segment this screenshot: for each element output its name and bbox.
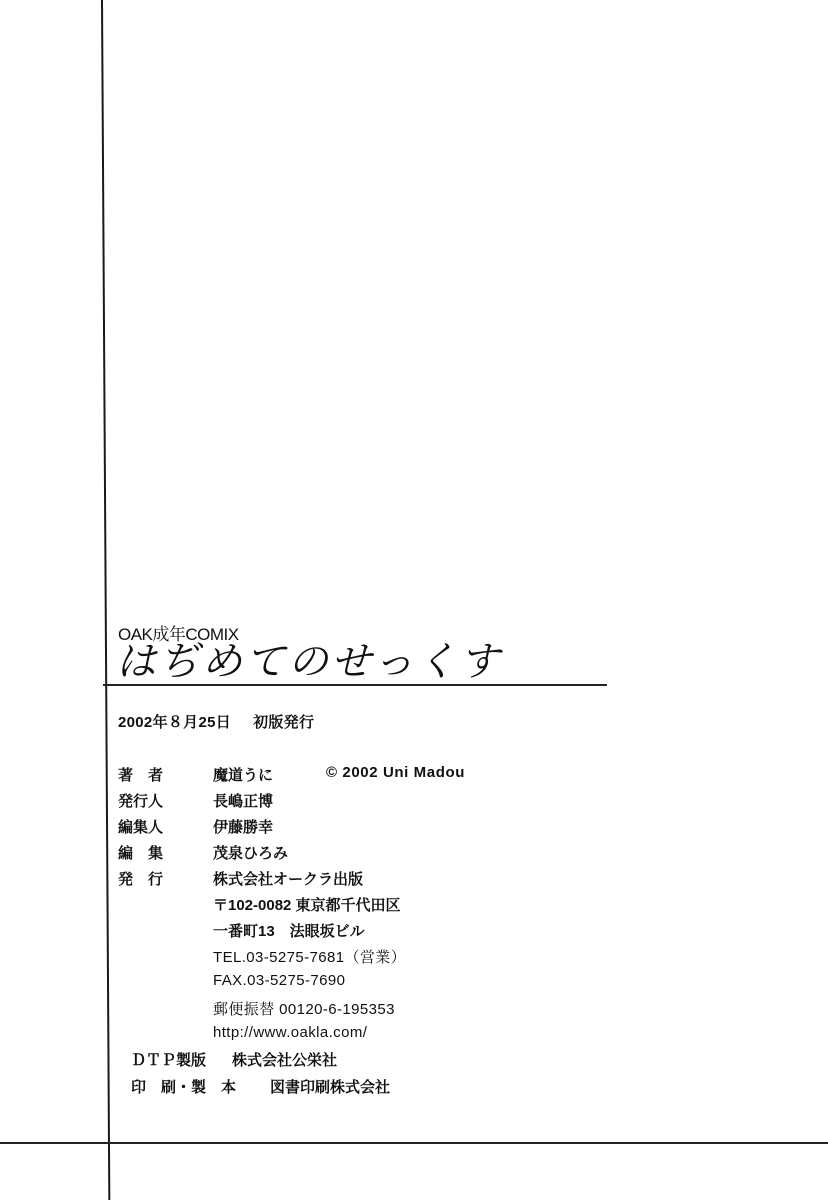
postal-transfer-account: 郵便振替 00120-6-195353 — [213, 998, 395, 1019]
credit-value: 魔道うに — [213, 764, 273, 785]
address-line: 〒102-0082 東京都千代田区 — [213, 894, 401, 915]
credit-label: 発行人 — [118, 790, 163, 811]
fax-number: FAX.03-5275-7690 — [213, 972, 345, 989]
credit-label: 編 集 — [118, 842, 163, 863]
dtp-value: 株式会社公栄社 — [232, 1049, 337, 1070]
edition-label: 初版発行 — [253, 714, 314, 731]
credit-value: 伊藤勝幸 — [213, 816, 273, 837]
credit-value: 茂泉ひろみ — [213, 842, 288, 863]
dtp-credit-row: ＤＴＰ製版 株式会社公栄社 — [131, 1049, 206, 1070]
credit-label: 発 行 — [118, 868, 163, 889]
printing-credit-row: 印 刷・製 本 図書印刷株式会社 — [131, 1076, 236, 1097]
credit-value: 株式会社オークラ出版 — [213, 868, 363, 889]
credit-value: 長嶋正博 — [213, 790, 273, 811]
website-link[interactable]: http://www.oakla.com/ — [213, 1024, 367, 1041]
printing-label: 印 刷・製 本 — [131, 1079, 236, 1096]
vertical-border-line — [101, 0, 110, 1200]
printing-value: 図書印刷株式会社 — [270, 1076, 390, 1097]
address-line: 一番町13 法眼坂ビル — [213, 920, 365, 941]
copyright-notice: © 2002 Uni Madou — [326, 764, 465, 781]
phone-number: TEL.03-5275-7681（営業） — [213, 946, 406, 967]
credit-label: 編集人 — [118, 816, 163, 837]
publication-date-line: 2002年８月25日初版発行 — [118, 711, 314, 732]
dtp-label: ＤＴＰ製版 — [131, 1052, 206, 1069]
publication-date: 2002年８月25日 — [118, 714, 231, 731]
book-title: はぢめてのせっくす — [116, 640, 502, 684]
credit-label: 著 者 — [118, 764, 163, 785]
bottom-rule — [0, 1142, 828, 1144]
